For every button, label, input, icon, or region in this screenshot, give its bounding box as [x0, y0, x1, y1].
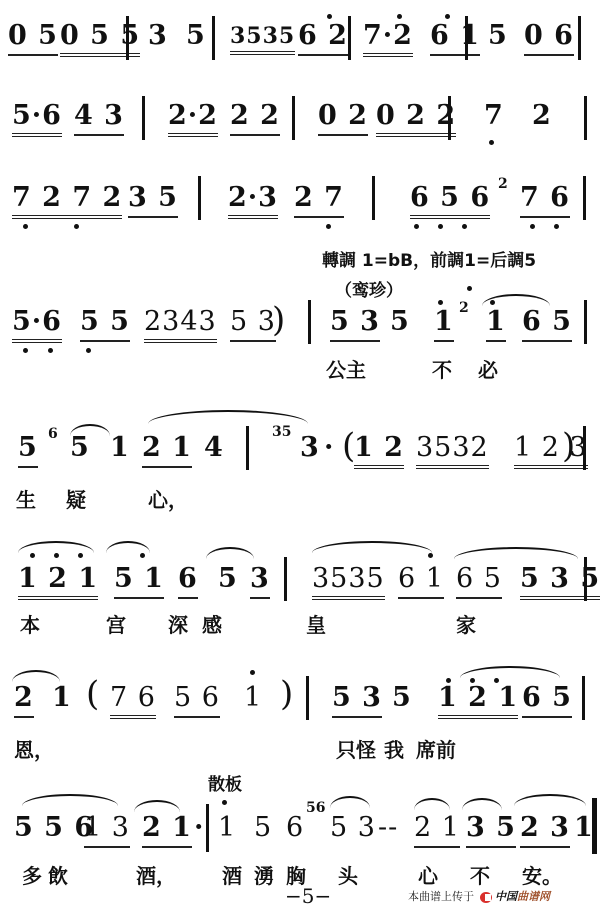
- note: 5: [186, 20, 206, 51]
- lyric: 不: [432, 354, 452, 383]
- barline: [284, 557, 287, 601]
- note-group: 2·3: [228, 182, 278, 219]
- lyric: 安。: [522, 860, 562, 889]
- note-group: 3532: [416, 432, 489, 469]
- note: 3: [300, 432, 320, 463]
- note: 3: [148, 20, 168, 51]
- lyric: 深: [168, 609, 188, 638]
- barline: [246, 426, 249, 470]
- octave-dot-high: [327, 14, 332, 19]
- lyric: 只: [336, 734, 356, 763]
- note-group: 5 3 5: [520, 563, 600, 600]
- barline: [206, 804, 209, 852]
- note-group: 0 2: [318, 100, 368, 136]
- barline: [372, 176, 375, 220]
- note-group: 2 2: [230, 100, 280, 136]
- barline: [583, 426, 586, 470]
- octave-dot-high: [445, 14, 450, 19]
- lyric: 飲: [48, 860, 68, 889]
- note: 5: [390, 306, 410, 337]
- slur: [134, 800, 180, 812]
- lyric: 本: [20, 609, 40, 638]
- dot: ·: [194, 812, 204, 843]
- octave-dot-low: [554, 224, 559, 229]
- note: 1: [434, 306, 454, 342]
- grace-note: 2: [459, 300, 469, 316]
- note: 1: [244, 682, 262, 713]
- barline: [212, 16, 215, 60]
- page-number: −5−: [285, 884, 331, 908]
- octave-dot-low: [86, 348, 91, 353]
- lyric: 酒，: [136, 860, 176, 889]
- barline: [448, 96, 451, 140]
- watermark-prefix: 本曲谱上传于: [408, 890, 474, 903]
- lyric: 生: [16, 484, 36, 513]
- watermark-brand-2: 曲谱网: [517, 890, 550, 903]
- note: 3: [250, 563, 270, 599]
- note: 2: [14, 682, 34, 718]
- note-group: 5 1: [114, 563, 164, 599]
- note-group: 5 3: [332, 682, 382, 718]
- score-line-1: 0 5 0 5 5 3 5 3535 6 2 7·2 6 1 5 0 6: [0, 14, 600, 64]
- note-group: 2 1: [414, 812, 460, 848]
- note-group: 2 1: [142, 432, 192, 468]
- note-group: 5·6: [12, 100, 62, 137]
- note: 4: [204, 432, 224, 463]
- barline: [578, 16, 581, 60]
- grace-note: 2: [498, 176, 508, 192]
- lyric: 我: [384, 734, 404, 763]
- note-group: 5 6: [174, 682, 220, 718]
- octave-dot-high: [428, 553, 433, 558]
- note-group: 7 6: [520, 182, 570, 218]
- note: 1: [218, 812, 236, 843]
- score-line-6: 1 2 1 5 1 6 5 3 3535 6 1 6 5 5 3 5 本 宫 深…: [0, 535, 600, 635]
- note-group: 3 5: [466, 812, 516, 848]
- barline: [198, 176, 201, 220]
- slur: [18, 541, 94, 553]
- octave-dot-high: [490, 300, 495, 305]
- slur: [312, 541, 432, 553]
- open-paren: (: [342, 426, 355, 466]
- note: 5: [392, 682, 412, 713]
- watermark: 本曲谱上传于中国曲谱网: [408, 888, 550, 904]
- lyric: 公主: [326, 354, 366, 383]
- slur: [330, 796, 370, 808]
- dash: --: [378, 812, 398, 843]
- octave-dot-low: [23, 224, 28, 229]
- lyric: 皇: [306, 609, 326, 638]
- octave-dot-high: [30, 553, 35, 558]
- site-logo-icon: [480, 892, 492, 903]
- grace-note: 6: [48, 426, 58, 442]
- note-group: 2·2: [168, 100, 218, 137]
- octave-dot-low: [23, 348, 28, 353]
- note: 1: [574, 812, 594, 843]
- close-paren: ): [272, 300, 285, 340]
- slur: [206, 547, 254, 559]
- note-group: 6 1: [430, 20, 480, 56]
- note-group: 7·2: [363, 20, 413, 57]
- slur: [514, 794, 586, 806]
- octave-dot-high: [222, 800, 227, 805]
- octave-dot-high: [397, 14, 402, 19]
- barline: [582, 676, 585, 720]
- note-group: 7 2 7 2: [12, 182, 122, 219]
- barline: [126, 16, 129, 60]
- note: 5: [254, 812, 272, 843]
- lyric: 湧: [254, 860, 274, 889]
- note-group: 2 3: [520, 812, 570, 848]
- note-group: 0 6: [524, 20, 574, 56]
- note: 5: [488, 20, 508, 51]
- barline: [583, 176, 586, 220]
- watermark-brand-1: 中国: [495, 890, 517, 903]
- barline: [142, 96, 145, 140]
- close-paren: ): [280, 674, 293, 714]
- note-group: 1 2 1: [438, 682, 518, 719]
- octave-dot-low: [530, 224, 535, 229]
- lyric: 感: [202, 609, 222, 638]
- lyric: 家: [456, 609, 476, 638]
- octave-dot-low: [414, 224, 419, 229]
- note: 6: [178, 563, 198, 599]
- lyric: 怪: [356, 734, 376, 763]
- note-group: 1 2 3: [514, 432, 588, 469]
- note: 5: [218, 563, 238, 594]
- note: 1: [52, 682, 72, 713]
- note: 1: [110, 432, 130, 463]
- lyric: 疑: [66, 484, 86, 513]
- grace-note: 35: [272, 424, 291, 440]
- note-group: 6 5 6: [410, 182, 490, 219]
- barline: [584, 300, 587, 344]
- slur: [12, 670, 60, 682]
- note-group: 2343: [144, 306, 217, 343]
- octave-dot-high: [140, 553, 145, 558]
- final-barline: [592, 798, 597, 854]
- note-group: 5 3: [230, 306, 276, 342]
- slur: [462, 798, 502, 810]
- lyric: 心，: [148, 484, 188, 513]
- grace-note: 56: [306, 800, 325, 816]
- note-group: 4 3: [74, 100, 124, 136]
- note-group: 2 1: [142, 812, 192, 848]
- octave-dot-low: [74, 224, 79, 229]
- slur: [148, 410, 308, 424]
- slur: [460, 666, 560, 678]
- slur: [414, 798, 450, 810]
- note-group: 2 7: [294, 182, 344, 218]
- barline: [306, 676, 309, 720]
- barline: [584, 96, 587, 140]
- note-group: 3535: [230, 23, 295, 55]
- note-group: 5 5: [80, 306, 130, 342]
- barline: [292, 96, 295, 140]
- key-change-annotation: 轉調 1=bB，前調1=后調5: [322, 246, 536, 271]
- role-name: （鸾珍）: [335, 276, 403, 301]
- barline: [584, 557, 587, 601]
- lyric: 席前: [416, 734, 456, 763]
- score-line-3: 7 2 7 2 3 5 2·3 2 7 6 5 6 7 6 2: [0, 176, 600, 232]
- barline: [348, 16, 351, 60]
- barline: [308, 300, 311, 344]
- note-group: 3535: [312, 563, 385, 600]
- note-group: 6 5: [456, 563, 502, 599]
- note-group: 6 5: [522, 306, 572, 342]
- note-group: 6 1: [398, 563, 444, 599]
- note: 5: [18, 432, 38, 468]
- octave-dot-high: [438, 300, 443, 305]
- note-group: 5 3: [330, 812, 376, 843]
- slur: [106, 541, 150, 553]
- octave-dot-low: [489, 140, 494, 145]
- note-group: 5 3: [330, 306, 380, 342]
- note-group: 0 2 2: [376, 100, 456, 137]
- note-group: 1 2: [354, 432, 404, 469]
- lyric: 宫: [106, 609, 126, 638]
- note-group: 6 2: [298, 20, 348, 56]
- note-group: 1 3: [84, 812, 130, 848]
- lyric: 必: [478, 354, 498, 383]
- octave-dot-high: [54, 553, 59, 558]
- note: 7: [484, 100, 504, 131]
- close-paren: ): [562, 426, 575, 466]
- note-group: 6 5: [522, 682, 572, 718]
- note-group: 3 5: [128, 182, 178, 218]
- note-group: 5 5 6: [14, 812, 94, 843]
- lyric: 恩，: [14, 734, 54, 763]
- octave-dot-low: [326, 224, 331, 229]
- note: 5: [70, 432, 90, 463]
- lyric: 不: [470, 860, 490, 889]
- score-line-4: 5·6 5 5 2343 5 3 5 3 5 1 1 6 5 ) 2 公主 不 …: [0, 300, 600, 390]
- octave-dot-low: [462, 224, 467, 229]
- barline: [465, 16, 468, 60]
- lyric: 心: [418, 860, 438, 889]
- open-paren: (: [86, 674, 99, 714]
- score-line-7: 2 1 7 6 5 6 1 5 3 5 1 2 1 6 5 ( ) 恩， 只 怪…: [0, 660, 600, 760]
- note-group: 1 2 1: [18, 563, 98, 600]
- lyric: 多: [22, 860, 42, 889]
- note-group: 0 5: [8, 20, 58, 56]
- note-group: 7 6: [110, 682, 156, 719]
- dot: ·: [324, 432, 334, 463]
- octave-dot-high: [250, 670, 255, 675]
- slur: [454, 547, 578, 559]
- slur: [22, 794, 118, 806]
- octave-dot-low: [48, 348, 53, 353]
- octave-dot-high: [78, 553, 83, 558]
- lyric: 头: [338, 860, 358, 889]
- score-line-5: 5 5 1 2 1 4 3 · 1 2 3532 1 2 3 6 35 ( ) …: [0, 410, 600, 510]
- note: 6: [286, 812, 304, 843]
- octave-dot-high: [467, 286, 472, 291]
- octave-dot-low: [438, 224, 443, 229]
- score-line-2: 5·6 4 3 2·2 2 2 0 2 0 2 2 7 2: [0, 96, 600, 146]
- note-group: 5·6: [12, 306, 62, 343]
- note: 1: [486, 306, 506, 342]
- note: 2: [532, 100, 552, 131]
- lyric: 酒: [222, 860, 242, 889]
